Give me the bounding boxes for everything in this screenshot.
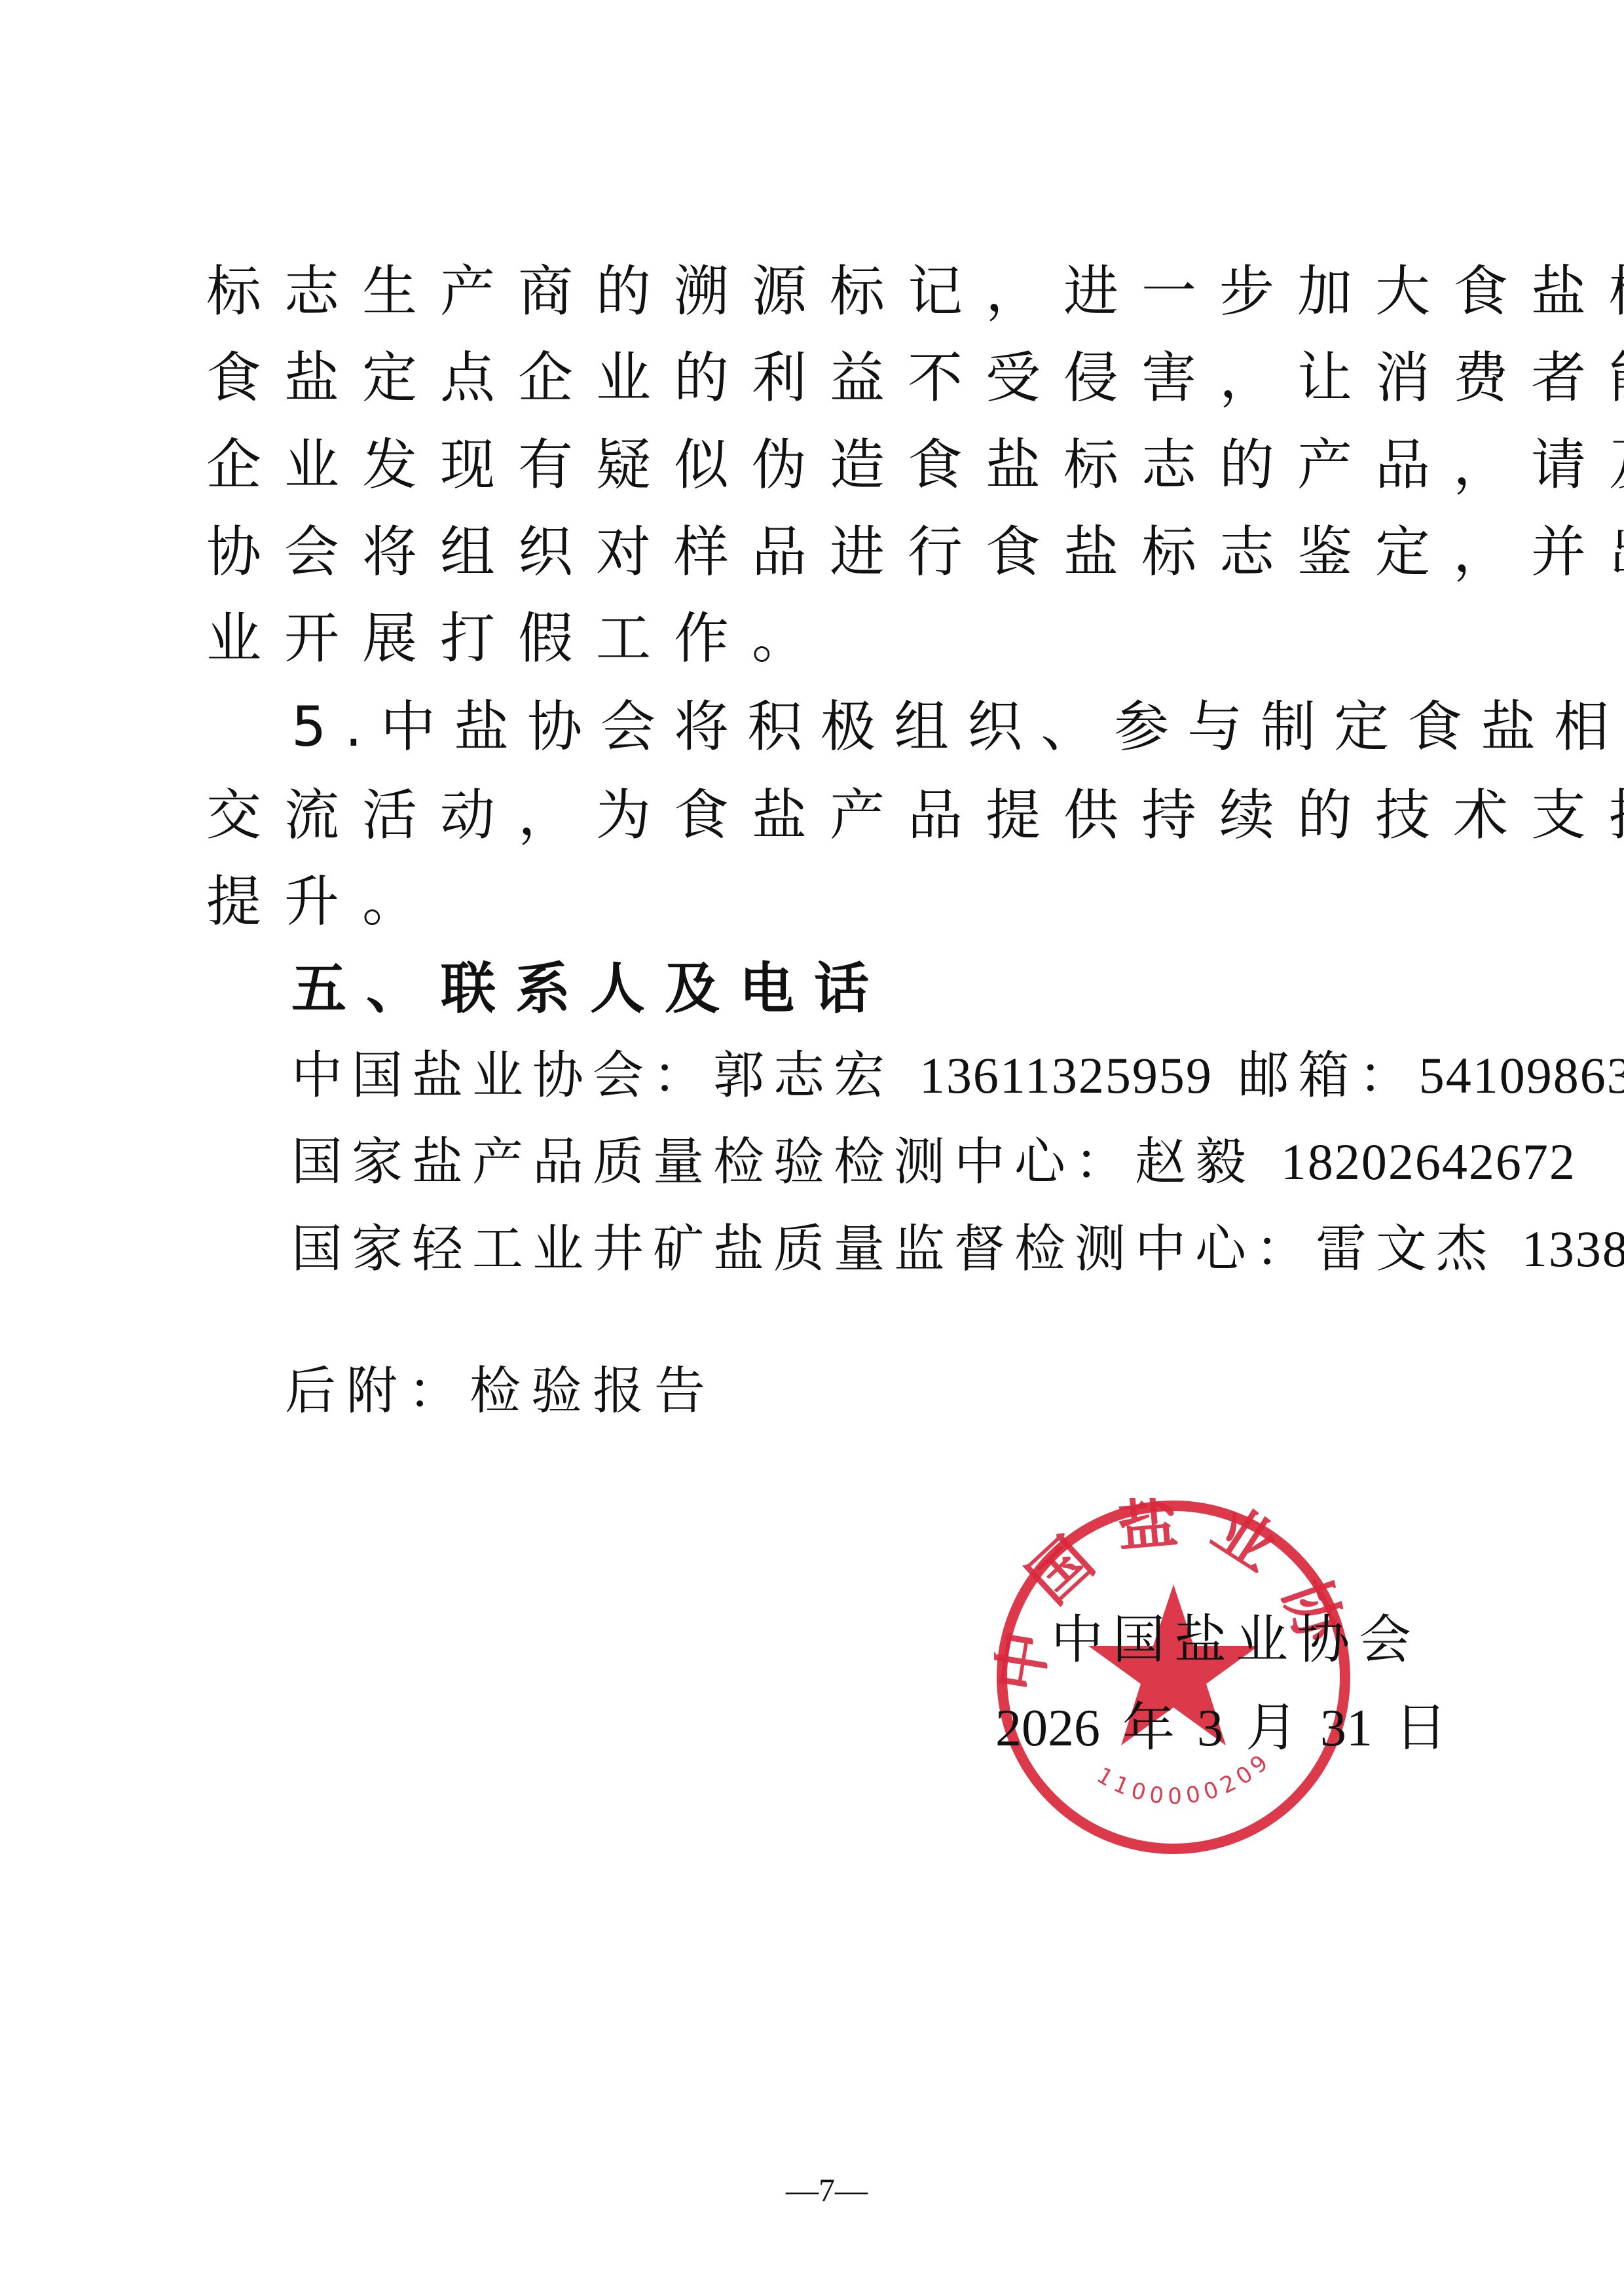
body-line: 业开展打假工作。 — [206, 606, 1444, 671]
item5-line: 交流活动，为食盐产品提供持续的技术支持，促进食盐产品质量 — [206, 782, 1444, 848]
contact-phone: 13388330023 — [1522, 1220, 1624, 1277]
contact-row: 中国盐业协会：郭志宏 13611325959 邮箱：541098635@qq.c… — [291, 1043, 1624, 1108]
contact-phone: 18202642672 — [1281, 1133, 1576, 1190]
body-line: 食盐定点企业的利益不受侵害，让消费者能够放心购买食盐。如 — [206, 345, 1444, 410]
contact-phone: 13611325959 — [919, 1047, 1213, 1104]
signature-date: 2026 年 3 月 31 日 — [995, 1696, 1447, 1761]
contact-email-label: 邮箱： — [1238, 1046, 1419, 1105]
official-seal-icon: 中国盐业协会 1100000209274 — [994, 1498, 1353, 1857]
contact-org: 国家盐产品质量检验检测中心：赵毅 — [291, 1133, 1255, 1192]
page-number: —7— — [786, 2170, 868, 2210]
body-line: 标志生产商的溯源标记，进一步加大食盐标志的防伪力度，保障 — [206, 259, 1444, 324]
attachment-note: 后附：检验报告 — [285, 1358, 716, 1424]
contact-org: 中国盐业协会：郭志宏 — [291, 1046, 894, 1105]
contact-row: 国家轻工业井矿盐质量监督检测中心：雷文杰 13388330023 — [291, 1216, 1624, 1282]
contact-email: 541098635@qq.com — [1419, 1047, 1624, 1104]
body-line: 协会将组织对样品进行食盐标志鉴定，并出具鉴定报告，配合企 — [206, 519, 1444, 585]
item5-line: 提升。 — [206, 869, 1444, 934]
section-heading: 五、联系人及电话 — [291, 956, 889, 1021]
contact-row: 国家盐产品质量检验检测中心：赵毅 18202642672 — [291, 1129, 1576, 1195]
contact-org: 国家轻工业井矿盐质量监督检测中心：雷文杰 — [291, 1220, 1496, 1279]
body-line: 企业发现有疑似伪造食盐标志的产品，请及时与中盐协会联系， — [206, 432, 1444, 498]
signature-org: 中国盐业协会 — [1051, 1607, 1420, 1673]
item5-line: 5.中盐协会将积极组织、参与制定食盐相关标准，开展技术 — [291, 694, 1529, 759]
